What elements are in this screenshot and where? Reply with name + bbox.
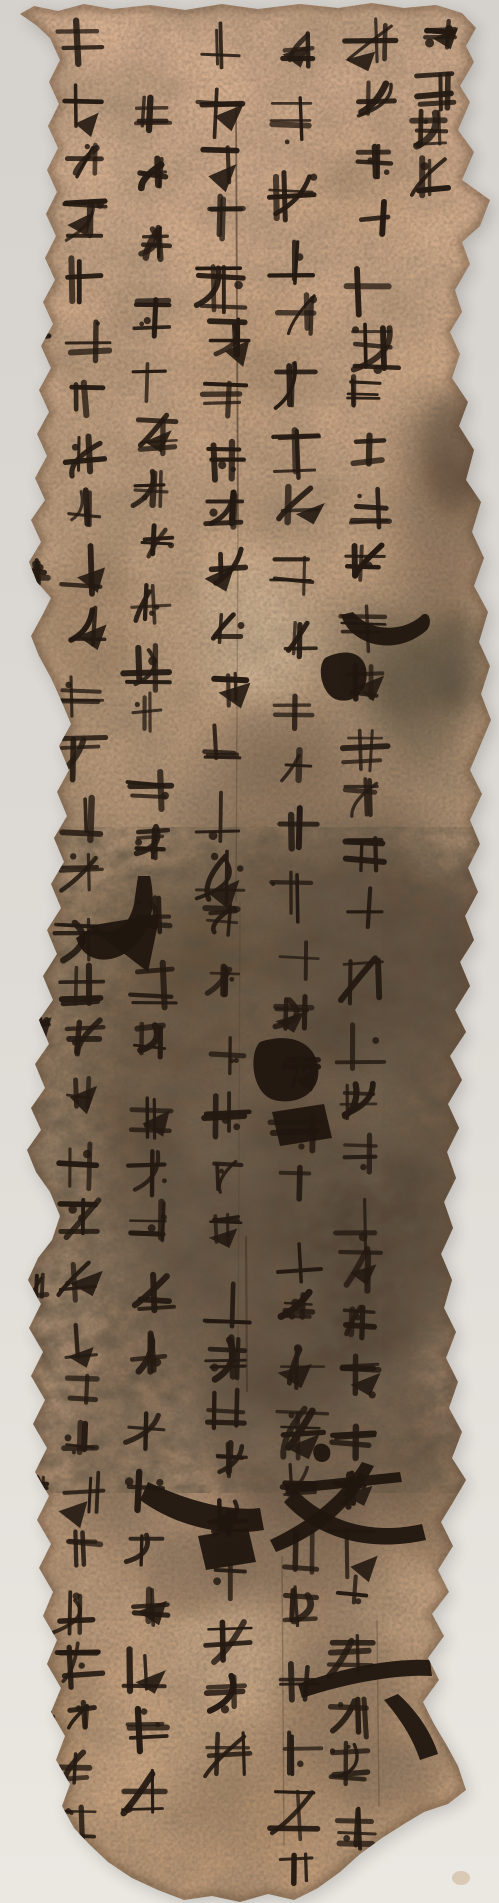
- manuscript-image: [0, 0, 499, 1903]
- crease-line: [246, 1236, 247, 1392]
- paper-specks: [452, 1871, 470, 1885]
- paper-speck: [452, 1871, 470, 1885]
- bold-brush-flourish: [313, 1444, 330, 1462]
- manuscript-photograph: [0, 0, 499, 1903]
